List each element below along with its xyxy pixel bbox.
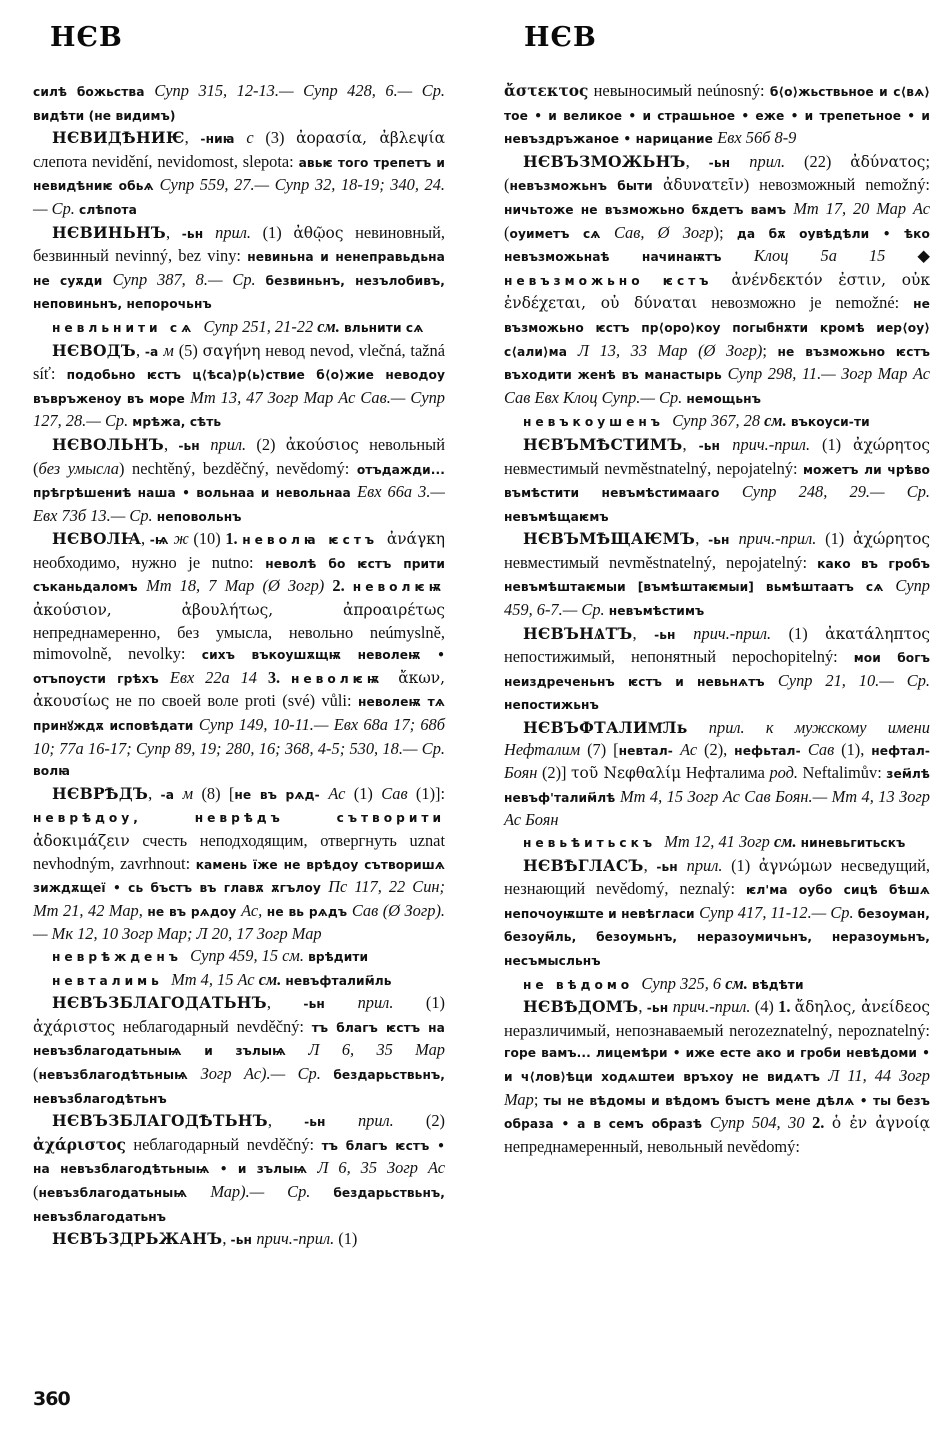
church-slavonic-text: -а	[145, 345, 164, 359]
gloss-text: ,	[166, 223, 182, 242]
headword: НЄВЪНѦТЪ	[523, 624, 633, 643]
church-slavonic-text: -а	[161, 788, 183, 802]
church-slavonic-text: невтал-	[619, 744, 681, 758]
greek-equivalent: τοῦ Νεφθαλίμ	[571, 764, 681, 782]
dictionary-entry: НЄВЪНѦТЪ, -ьн прич.-прил. (1) ἀκατάληπτο…	[504, 623, 930, 717]
church-slavonic-text: непостижьнъ	[504, 698, 599, 712]
gloss-text: необходимо, нужно je nutno:	[33, 553, 265, 572]
gloss-text: (1)	[789, 624, 826, 643]
dictionary-entry: НЄВЪФТАЛИМ҃Ль прил. к мужскому имени Неф…	[504, 717, 930, 831]
citation: прич.-прил.	[739, 529, 826, 548]
greek-equivalent: ἀγνώμων	[759, 857, 832, 875]
gloss-text: (1)	[338, 1229, 357, 1248]
left-column: силѣ божьства Супр 315, 12-13.— Супр 428…	[33, 80, 445, 1252]
greek-equivalent: ἀθῷος	[293, 224, 343, 242]
citation: прил.	[210, 435, 256, 454]
headword: НЄВИДѢНИѤ	[52, 128, 185, 147]
citation: Супр 315, 12-13.— Супр 428, 6.— Ср.	[154, 81, 445, 100]
church-slavonic-text: волꙗ	[33, 764, 70, 778]
church-slavonic-text: не вь рѧдъ	[267, 905, 352, 919]
gloss-text: ,	[164, 435, 178, 454]
running-head-left: НЄВ	[50, 22, 123, 53]
gloss-text: (10)	[193, 529, 225, 548]
citation: Супр 459, 15 см.	[190, 946, 308, 965]
gloss-text: (2)]	[542, 763, 571, 782]
citation: Супр 251, 21-22	[203, 317, 317, 336]
dictionary-entry: НЄВЪЗБЛАГОДАТЬНЪ, -ьн прил. (1) ἀχάριστο…	[33, 992, 445, 1110]
citation: прич.-прил.	[693, 624, 788, 643]
church-slavonic-text: въкоуси-ти	[791, 415, 870, 429]
headword: НЄВОЛЬНЪ	[52, 435, 164, 454]
church-slavonic-text: немощьнъ	[686, 392, 761, 406]
gloss-text: (2),	[704, 740, 734, 759]
gloss-text: ◆	[917, 246, 930, 265]
headword: НЄВОЛꙖ	[52, 529, 141, 548]
citation: прич.-прил.	[256, 1229, 338, 1248]
church-slavonic-text: невъмѣстимъ	[609, 604, 705, 618]
cross-reference-entry: невльнити сѧ Супр 251, 21-22 см. вльнити…	[33, 316, 445, 340]
gloss-text: (1),	[841, 740, 871, 759]
church-slavonic-text: врѣдити	[308, 950, 368, 964]
headword: НЄВЪЗБЛАГОДАТЬНЪ	[52, 993, 267, 1012]
entry-continuation: ἄστεκτος невыносимый neúnosný: б⟨о⟩жьств…	[504, 80, 930, 151]
spaced-form: невьѣитьскъ	[523, 836, 664, 850]
gloss-text: ,	[141, 529, 150, 548]
church-slavonic-text: -ниꙗ	[200, 132, 246, 146]
greek-equivalent: ἀκούσιος	[286, 436, 359, 454]
church-slavonic-text: не въ рѧдоу	[147, 905, 241, 919]
gloss-text: ,	[136, 341, 145, 360]
church-slavonic-text: нефьтал-	[734, 744, 808, 758]
spaced-form: неволꙗ ѥстъ	[242, 533, 387, 547]
spaced-form: невъзможьно ѥстъ	[504, 274, 732, 288]
gloss-text: (5)	[179, 341, 203, 360]
church-slavonic-text: невъзблагодатьныѩ	[38, 1186, 210, 1200]
citation: Евх 56б 8-9	[717, 128, 796, 147]
greek-equivalent: ὁ ἐν ἀγνοίᾳ	[832, 1114, 930, 1132]
dictionary-entry: НЄВЪЗБЛАГОДѢТЬНЪ, -ьн прил. (2) ἀχάριστο…	[33, 1110, 445, 1228]
greek-equivalent: ἀχώρητος	[853, 530, 930, 548]
gloss-text	[688, 718, 709, 737]
gloss-text: );	[714, 223, 737, 242]
dictionary-entry: НЄВѢДОМЪ, -ьн прич.-прил. (4) 1. ἄδηλος,…	[504, 996, 930, 1157]
greek-equivalent: ἄδηλος, ἀνείδεος	[795, 998, 930, 1016]
greek-equivalent: ἀχάριστος	[33, 1136, 126, 1154]
church-slavonic-text: -ьн	[654, 628, 693, 642]
gloss-text: ,	[683, 435, 699, 454]
sense-number: 2.	[332, 576, 352, 595]
citation: м	[163, 341, 178, 360]
church-slavonic-text: -ьн	[182, 227, 215, 241]
gloss-text: ,	[644, 856, 657, 875]
gloss-text: (1)	[825, 529, 853, 548]
gloss-text: ,	[638, 997, 646, 1016]
dictionary-page: НЄВ НЄВ силѣ божьства Супр 315, 12-13.— …	[0, 0, 950, 1434]
gloss-text: не по своей воле proti (své) vůli:	[109, 691, 358, 710]
church-slavonic-text: вѣдѣти	[752, 978, 804, 992]
church-slavonic-text: ниневьгитьскъ	[801, 836, 906, 850]
gloss-text: ,	[695, 529, 708, 548]
greek-equivalent: ἄστεκτος	[504, 82, 588, 100]
headword: НЄВЪМѢЩАѤМЪ	[523, 529, 695, 548]
dictionary-entry: НЄВРѢДЪ, -а м (8) [не въ рѧд- Ас (1) Сав…	[33, 783, 445, 945]
gloss-text: (4)	[755, 997, 778, 1016]
gloss-text: Neftalimův:	[803, 763, 887, 782]
spaced-form: невталимь	[52, 974, 171, 988]
citation: Супр 367, 28	[672, 411, 764, 430]
running-head-right: НЄВ	[524, 22, 597, 53]
citation: прил.	[358, 1111, 426, 1130]
citation: Л 6, 35 Мар	[308, 1040, 445, 1059]
citation: Мт 18, 7 Мар (Ø Зогр)	[146, 576, 332, 595]
gloss-text: Нефталима	[681, 763, 769, 782]
spaced-form: не вѣдомо	[523, 978, 641, 992]
cross-reference-marker: см.	[764, 411, 791, 430]
citation: прич.-прил.	[732, 435, 822, 454]
spaced-form: неврѣжденъ	[52, 950, 190, 964]
gloss-text: слепота nevidění, nevidomost, slepota:	[33, 152, 299, 171]
spaced-form: невъкоушенъ	[523, 415, 672, 429]
gloss-text: ,	[268, 1111, 304, 1130]
church-slavonic-text: мрѣжа, сѣть	[132, 415, 221, 429]
gloss-text: (1)]:	[416, 784, 445, 803]
cross-reference-marker: см.	[317, 317, 344, 336]
gloss-text: (7) [	[587, 740, 618, 759]
church-slavonic-text: -ьн	[656, 860, 686, 874]
gloss-text: ;	[762, 341, 777, 360]
citation: Ас,	[241, 901, 267, 920]
gloss-text: ) невозможный nemožný:	[744, 175, 930, 194]
dictionary-entry: НЄВОЛꙖ, -ѩ ж (10) 1. неволꙗ ѥстъ ἀνάγκη …	[33, 528, 445, 783]
citation: Сав	[381, 784, 416, 803]
church-slavonic-text: -ьн	[699, 439, 733, 453]
citation: Зогр Ас).— Ср.	[201, 1064, 334, 1083]
cross-reference-entry: не вѣдомо Супр 325, 6 см. вѣдѣти	[504, 973, 930, 997]
greek-equivalent: ἀκούσιον, ἀβουλήτως, ἀπροαιρέτως	[33, 601, 445, 619]
gloss-text: ,	[686, 152, 709, 171]
church-slavonic-text: слѣпота	[79, 203, 137, 217]
gloss-text: неразличимый, непознаваемый nerozeznatel…	[504, 1021, 930, 1040]
gloss-text: непреднамеренный, невольный nevědomý:	[504, 1137, 800, 1156]
citation: Сав, Ø Зогр	[614, 223, 714, 242]
citation: прил.	[215, 223, 262, 242]
cross-reference-entry: неврѣжденъ Супр 459, 15 см. врѣдити	[33, 945, 445, 969]
gloss-text: неблагодарный nevděčný:	[115, 1017, 312, 1036]
citation: Супр 504, 30	[710, 1113, 812, 1132]
gloss-text: (1)	[822, 435, 853, 454]
gloss-text: (1)	[731, 856, 759, 875]
sense-number: 2.	[812, 1113, 832, 1132]
citation: Мт 17, 20 Мар Ас	[793, 199, 930, 218]
headword: НЄВѢДОМЪ	[523, 997, 638, 1016]
greek-equivalent: ἀορασία, ἀβλεψία	[296, 129, 445, 147]
citation: Супр 21, 10.— Ср.	[778, 671, 930, 690]
church-slavonic-text: -ьн	[303, 997, 357, 1011]
citation: Боян	[504, 763, 542, 782]
headword: НЄВѢГЛАСЪ	[523, 856, 644, 875]
dictionary-entry: НЄВОДЪ, -а м (5) σαγήνη невод nevod, vle…	[33, 340, 445, 434]
gloss-text: ,	[148, 784, 160, 803]
church-slavonic-text: не въ рѧд-	[234, 788, 328, 802]
church-slavonic-text: невъзблагодѣтьныѩ	[38, 1068, 200, 1082]
church-slavonic-text: ничьтоже не възможьно бѫдетъ вамъ	[504, 203, 793, 217]
gloss-text: (1)	[426, 993, 445, 1012]
gloss-text: ,	[222, 1229, 230, 1248]
headword: НЄВИНЬНЪ	[52, 223, 166, 242]
church-slavonic-text: -ьн	[708, 533, 739, 547]
greek-equivalent: ἀχώρητος	[853, 436, 930, 454]
greek-equivalent: ἀκατάληπτος	[825, 625, 930, 643]
headword: НЄВЪМѢСТИМЪ	[523, 435, 683, 454]
citation: Мт 4, 15 Ас	[171, 970, 259, 989]
gloss-text: (2)	[256, 435, 285, 454]
cross-reference-entry: невьѣитьскъ Мт 12, 41 Зогр см. ниневьгит…	[504, 831, 930, 855]
gloss-text: (1)	[354, 784, 381, 803]
headword: НЄВЪЗБЛАГОДѢТЬНЪ	[52, 1111, 268, 1130]
sense-number: 1.	[778, 997, 795, 1016]
church-slavonic-text: -ьн	[178, 439, 210, 453]
cross-reference-marker: см.	[774, 832, 801, 851]
gloss-text: (1)	[263, 223, 294, 242]
gloss-text: (3)	[265, 128, 296, 147]
sense-number: 1.	[225, 529, 242, 548]
headword: НЄВЪЗДРЬЖАНЪ	[52, 1229, 222, 1248]
spaced-form: невльнити сѧ	[52, 321, 203, 335]
church-slavonic-text: неповольнъ	[157, 510, 242, 524]
citation: Супр 248, 29.— Ср.	[742, 482, 930, 501]
church-slavonic-text: видѣти (не видимъ)	[33, 109, 176, 123]
cross-reference-entry: невталимь Мт 4, 15 Ас см. невъфталим҃ль	[33, 969, 445, 993]
citation: ж	[174, 529, 194, 548]
citation: прич.-прил.	[673, 997, 755, 1016]
church-slavonic-text: невъфталим҃ль	[285, 974, 391, 988]
gloss-text: невместимый nevměstnatelný, nepojatelný:	[504, 459, 803, 478]
dictionary-entry: НЄВИНЬНЪ, -ьн прил. (1) ἀθῷος невиновный…	[33, 222, 445, 316]
citation: прил.	[687, 856, 731, 875]
spaced-form: неволѥѭ	[291, 672, 398, 686]
gloss-text: невозможно je nemožné:	[697, 293, 913, 312]
citation: м	[183, 784, 202, 803]
gloss-text: невместимый nevměstnatelný, nepojatelný:	[504, 553, 817, 572]
greek-equivalent: ἀδοκιμάζειν	[33, 832, 130, 850]
church-slavonic-text: вльнити сѧ	[344, 321, 424, 335]
sense-number: 3.	[268, 668, 291, 687]
citation: Мар).— Ср.	[210, 1182, 333, 1201]
citation: Евх 22а 14	[170, 668, 268, 687]
dictionary-entry: НЄВЪМѢСТИМЪ, -ьн прич.-прил. (1) ἀχώρητο…	[504, 434, 930, 528]
greek-equivalent: σαγήνη	[203, 342, 261, 360]
church-slavonic-text: силѣ божьства	[33, 85, 154, 99]
gloss-text: ) nechtěný, bezděčný, nevědomý:	[119, 459, 357, 478]
citation: Мт 12, 41 Зогр	[664, 832, 774, 851]
spaced-form: неволѥѭ	[353, 580, 445, 594]
dictionary-entry: НЄВѢГЛАСЪ, -ьн прил. (1) ἀγνώμων несведу…	[504, 855, 930, 973]
gloss-text: невыносимый neúnosný:	[588, 81, 769, 100]
citation: Супр 387, 8.— Ср.	[113, 270, 266, 289]
church-slavonic-text: -ьн	[647, 1001, 673, 1015]
church-slavonic-text: -ьн	[709, 156, 750, 170]
greek-equivalent: ἀχάριστος	[33, 1018, 115, 1036]
headword: НЄВРѢДЪ	[52, 784, 148, 803]
dictionary-entry: НЄВИДѢНИѤ, -ниꙗ с (3) ἀορασία, ἀβλεψία с…	[33, 127, 445, 221]
citation: Супр 325, 6	[641, 974, 725, 993]
citation: прил.	[358, 993, 426, 1012]
church-slavonic-text: нефтал-	[871, 744, 930, 758]
citation: без умысла	[38, 459, 119, 478]
citation: Сав	[808, 740, 841, 759]
citation: Ас	[328, 784, 353, 803]
citation: прил.	[749, 152, 804, 171]
page-number: 360	[33, 1388, 70, 1410]
gloss-text: (2)	[426, 1111, 445, 1130]
gloss-text: ,	[633, 624, 655, 643]
cross-reference-entry: невъкоушенъ Супр 367, 28 см. въкоуси-ти	[504, 410, 930, 434]
greek-equivalent: ἀδυνατεῖν	[663, 176, 744, 194]
citation: Ас	[680, 740, 704, 759]
dictionary-entry: НЄВЪЗМОЖЬНЪ, -ьн прил. (22) ἀδύνατος; (н…	[504, 151, 930, 411]
church-slavonic-text: -ьн	[304, 1115, 358, 1129]
gloss-text: ,	[267, 993, 304, 1012]
citation: род.	[769, 763, 802, 782]
citation: Супр 417, 11-12.— Ср.	[699, 903, 858, 922]
greek-equivalent: ἀδύνατος	[850, 153, 925, 171]
entry-continuation: силѣ божьства Супр 315, 12-13.— Супр 428…	[33, 80, 445, 127]
dictionary-entry: НЄВОЛЬНЪ, -ьн прил. (2) ἀκούσιος невольн…	[33, 434, 445, 528]
church-slavonic-text: невъмѣщаѥмъ	[504, 510, 609, 524]
right-column: ἄστεκτος невыносимый neúnosný: б⟨о⟩жьств…	[504, 80, 930, 1157]
church-slavonic-text: -ьн	[231, 1233, 257, 1247]
citation: с	[246, 128, 265, 147]
citation: Л 6, 35 Зогр Ас	[317, 1158, 445, 1177]
dictionary-entry: НЄВЪМѢЩАѤМЪ, -ьн прич.-прил. (1) ἀχώρητο…	[504, 528, 930, 622]
cross-reference-marker: см.	[259, 970, 286, 989]
church-slavonic-text: невъзможьнъ быти	[509, 179, 663, 193]
gloss-text: (22)	[804, 152, 850, 171]
gloss-text: непостижимый, непонятный nepochopitelný:	[504, 647, 854, 666]
dictionary-entry: НЄВЪЗДРЬЖАНЪ, -ьн прич.-прил. (1)	[33, 1228, 445, 1252]
church-slavonic-text: оуиметъ сѧ	[509, 227, 614, 241]
headword: НЄВЪФТАЛИМ҃Ль	[523, 718, 688, 737]
citation: Л 13, 33 Мар (Ø Зогр)	[578, 341, 762, 360]
headword: НЄВЪЗМОЖЬНЪ	[523, 152, 686, 171]
gloss-text: (8) [	[201, 784, 234, 803]
church-slavonic-text: -ѩ	[150, 533, 174, 547]
gloss-text: ,	[185, 128, 201, 147]
gloss-text: неблагодарный nevděčný:	[126, 1135, 322, 1154]
spaced-form: неврѣдоу, неврѣдъ сътворити	[33, 811, 445, 825]
headword: НЄВОДЪ	[52, 341, 136, 360]
cross-reference-marker: см.	[725, 974, 752, 993]
citation: Клоц 5а 15	[754, 246, 918, 265]
greek-equivalent: ἀνάγκη	[387, 530, 445, 548]
